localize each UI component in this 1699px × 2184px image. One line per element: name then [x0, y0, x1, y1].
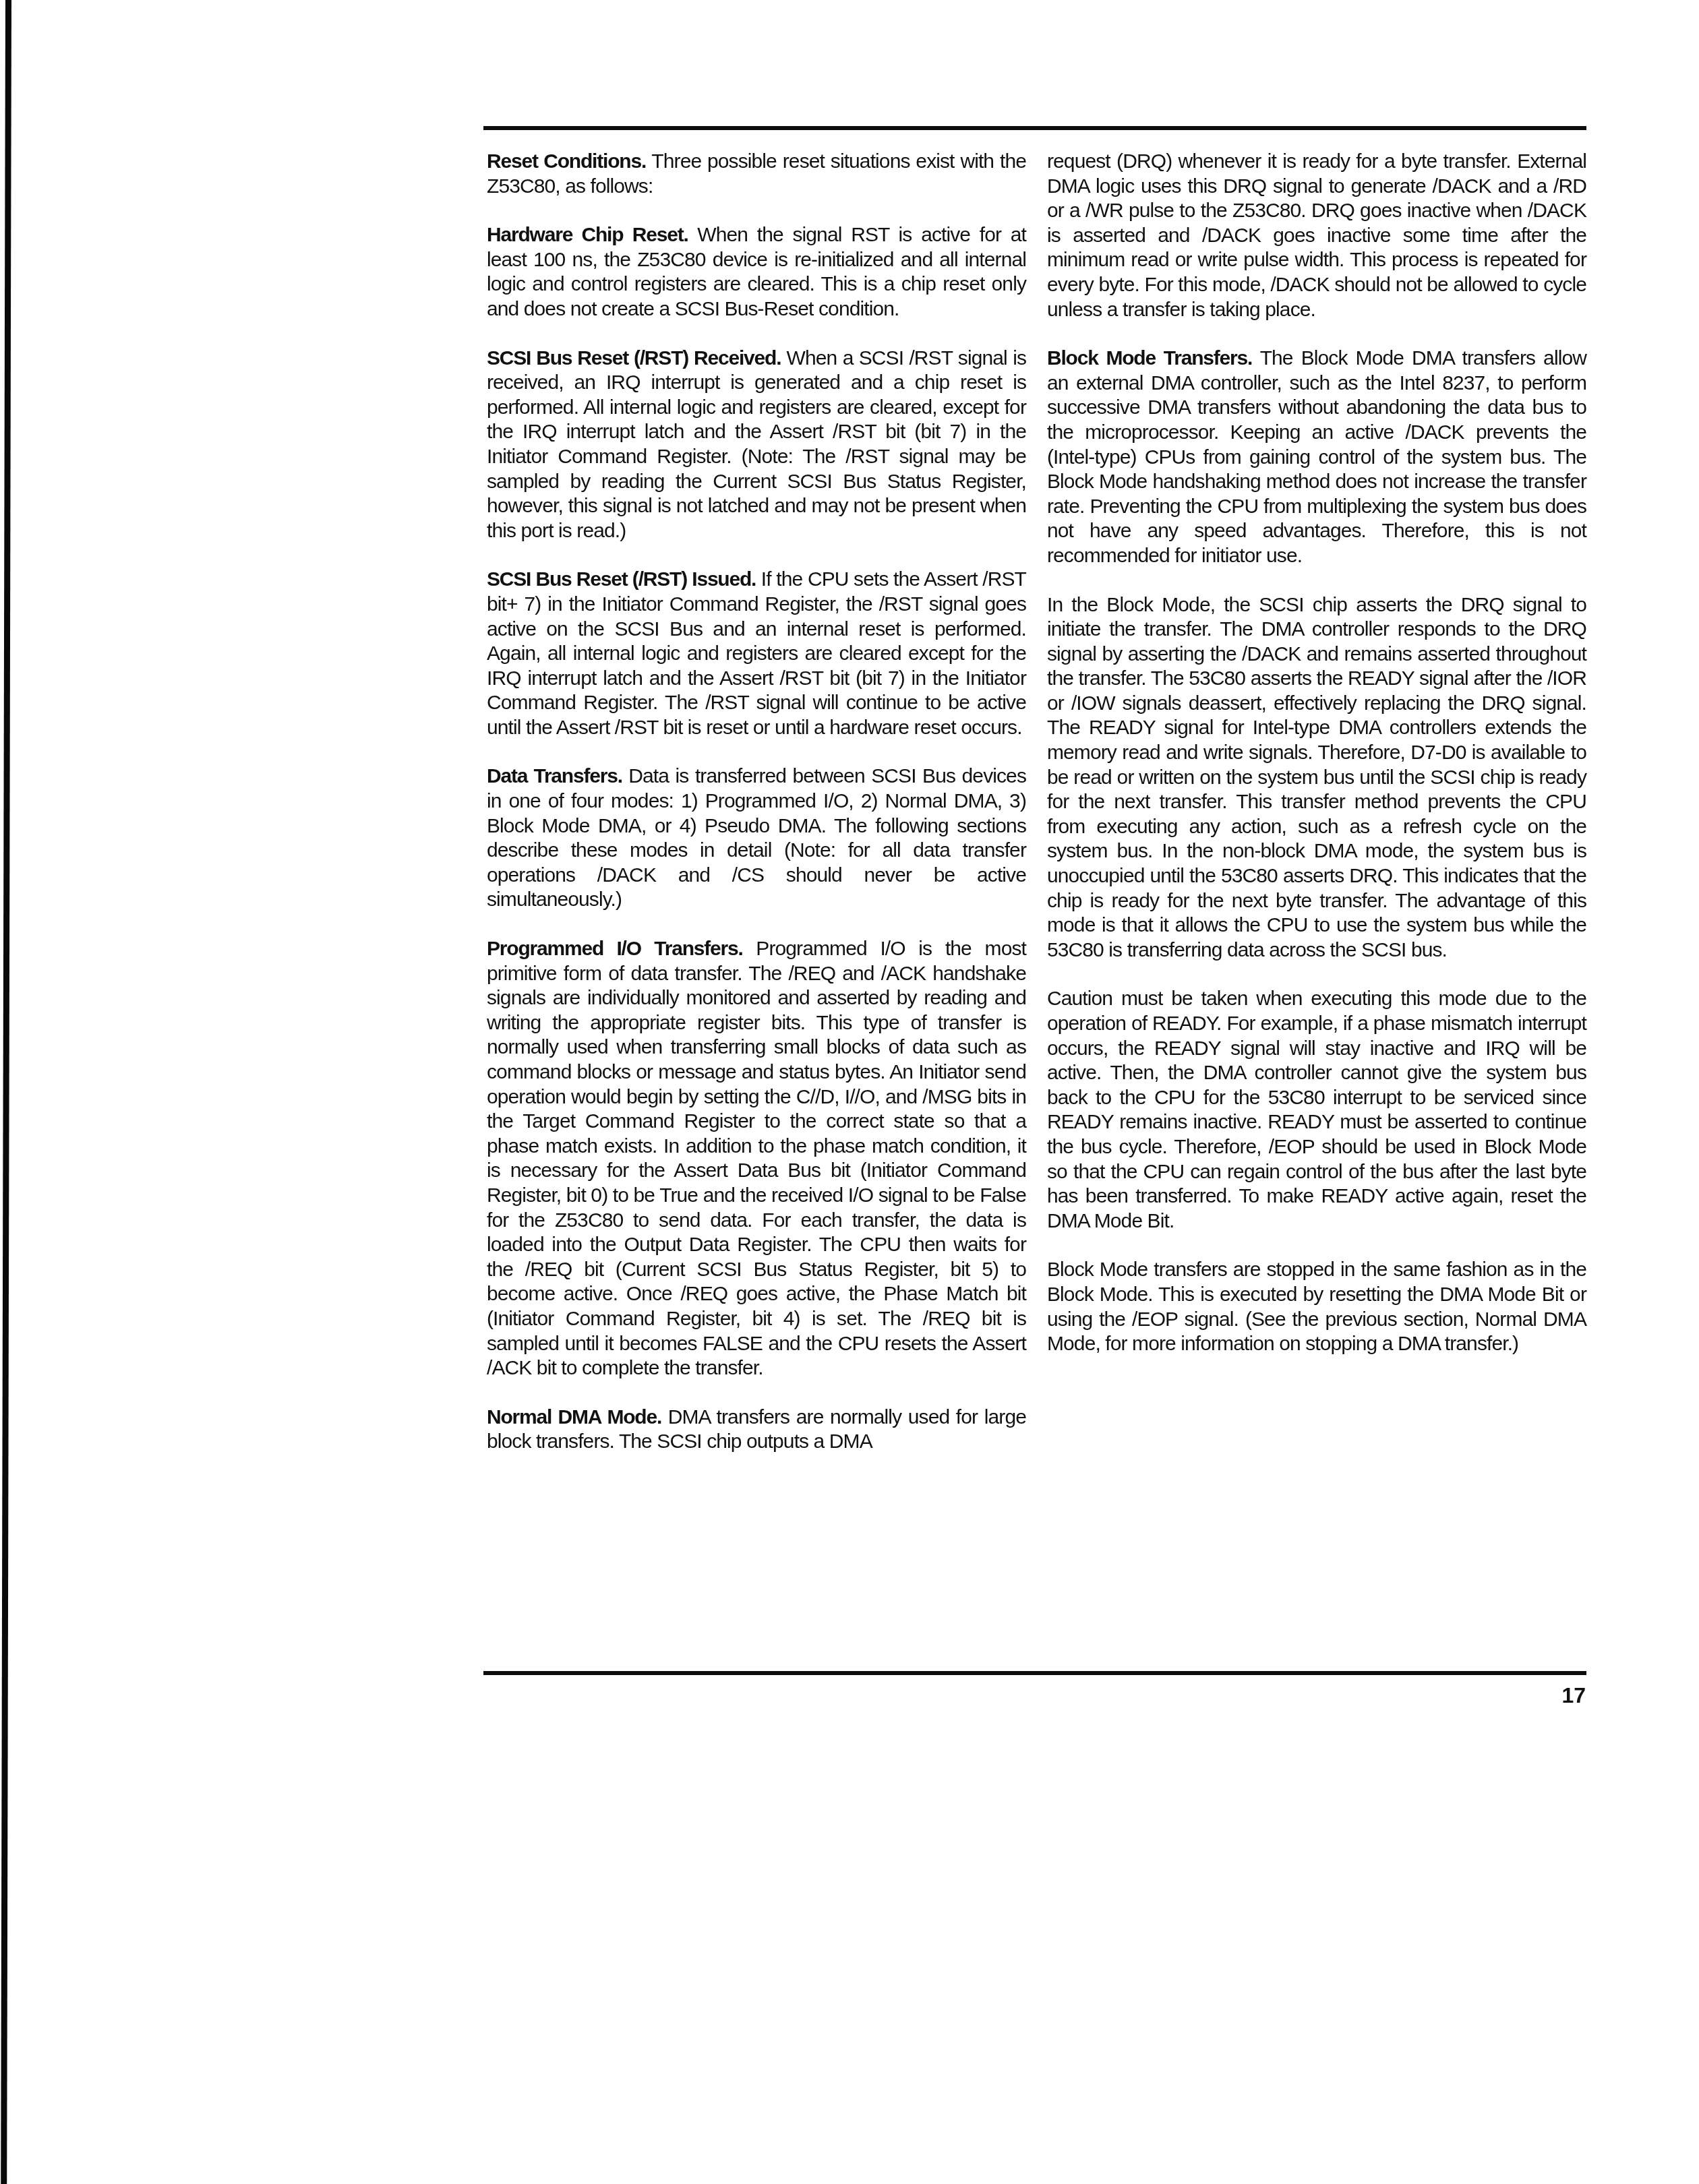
paragraph-heading: Reset Conditions.	[487, 150, 646, 173]
paragraph-caution-ready: Caution must be taken when executing thi…	[1047, 987, 1586, 1234]
paragraph-heading: Programmed I/O Transfers.	[487, 938, 743, 960]
paragraph-data-transfers: Data Transfers. Data is transferred betw…	[487, 764, 1026, 913]
paragraph-heading: SCSI Bus Reset (/RST) Issued.	[487, 568, 756, 590]
paragraph-body: When a SCSI /RST signal is received, an …	[487, 347, 1026, 542]
scan-edge-artifact	[1, 0, 11, 2184]
paragraph-body: Programmed I/O is the most primitive for…	[487, 938, 1026, 1379]
paragraph-body: In the Block Mode, the SCSI chip asserts…	[1047, 594, 1586, 961]
paragraph-reset-conditions: Reset Conditions. Three possible reset s…	[487, 150, 1026, 199]
paragraph-heading: Hardware Chip Reset.	[487, 224, 688, 246]
paragraph-scsi-bus-reset-received: SCSI Bus Reset (/RST) Received. When a S…	[487, 346, 1026, 544]
right-column: request (DRQ) whenever it is ready for a…	[1047, 150, 1586, 1381]
paragraph-body: If the CPU sets the Assert /RST bit+ 7) …	[487, 568, 1026, 739]
paragraph-heading: Normal DMA Mode.	[487, 1406, 661, 1428]
paragraph-normal-dma-mode: Normal DMA Mode. DMA transfers are norma…	[487, 1405, 1026, 1455]
header-rule	[483, 126, 1586, 130]
paragraph-block-mode-stopping: Block Mode transfers are stopped in the …	[1047, 1258, 1586, 1356]
paragraph-body: Caution must be taken when executing thi…	[1047, 988, 1586, 1232]
paragraph-heading: SCSI Bus Reset (/RST) Received.	[487, 347, 781, 369]
footer-rule	[483, 1671, 1586, 1675]
paragraph-body: Block Mode transfers are stopped in the …	[1047, 1258, 1586, 1355]
page-number: 17	[1561, 1683, 1586, 1708]
paragraph-heading: Data Transfers.	[487, 765, 622, 787]
paragraph-hardware-chip-reset: Hardware Chip Reset. When the signal RST…	[487, 223, 1026, 322]
paragraph-body: request (DRQ) whenever it is ready for a…	[1047, 150, 1586, 321]
paragraph-programmed-io-transfers: Programmed I/O Transfers. Programmed I/O…	[487, 937, 1026, 1381]
paragraph-normal-dma-continued: request (DRQ) whenever it is ready for a…	[1047, 150, 1586, 322]
left-column: Reset Conditions. Three possible reset s…	[487, 150, 1026, 1479]
paragraph-scsi-bus-reset-issued: SCSI Bus Reset (/RST) Issued. If the CPU…	[487, 568, 1026, 740]
paragraph-block-mode-drq: In the Block Mode, the SCSI chip asserts…	[1047, 593, 1586, 963]
paragraph-heading: Block Mode Transfers.	[1047, 347, 1252, 369]
paragraph-body: The Block Mode DMA transfers allow an ex…	[1047, 347, 1586, 567]
paragraph-block-mode-transfers: Block Mode Transfers. The Block Mode DMA…	[1047, 346, 1586, 568]
